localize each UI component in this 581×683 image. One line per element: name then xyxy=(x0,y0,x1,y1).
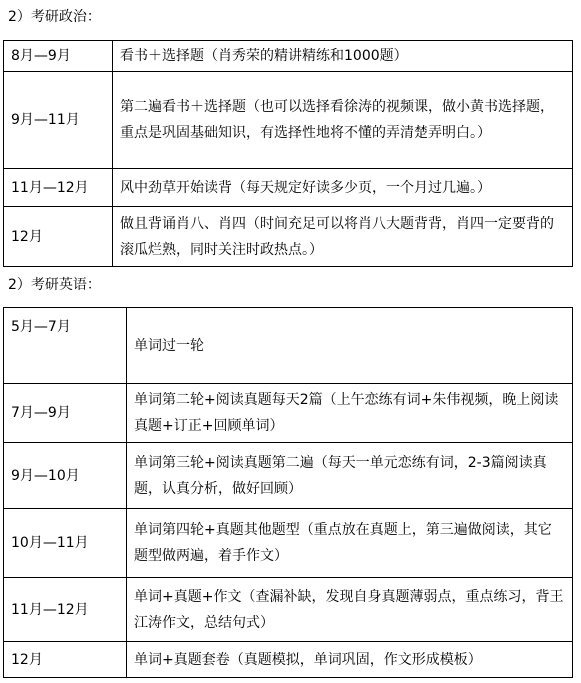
plan-cell: 单词+真题套卷（真题模拟，单词巩固，作文形成模板） xyxy=(127,642,573,678)
politics-schedule-table: 8月—9月 看书＋选择题（肖秀荣的精讲精练和1000题） 9月—11月 第二遍看… xyxy=(3,40,573,267)
plan-cell: 单词第三轮+阅读真题第二遍（每天一单元恋练有词，2-3篇阅读真题，认真分析，做好… xyxy=(127,443,573,509)
period-cell: 7月—9月 xyxy=(4,384,127,443)
plan-cell: 风中劲草开始读背（每天规定好读多少页，一个月过几遍。） xyxy=(113,169,573,207)
table-row: 12月 单词+真题套卷（真题模拟，单词巩固，作文形成模板） xyxy=(4,642,573,678)
table-row: 10月—11月 单词第四轮+真题其他题型（重点放在真题上，第三遍做阅读，其它题型… xyxy=(4,509,573,578)
politics-heading: 2）考研政治： xyxy=(8,8,101,26)
table-row: 7月—9月 单词第二轮+阅读真题每天2篇（上午恋练有词+朱伟视频，晚上阅读真题+… xyxy=(4,384,573,443)
table-row: 8月—9月 看书＋选择题（肖秀荣的精讲精练和1000题） xyxy=(4,41,573,72)
period-cell: 10月—11月 xyxy=(4,509,127,578)
period-cell: 9月—10月 xyxy=(4,443,127,509)
plan-cell: 单词+真题+作文（查漏补缺，发现自身真题薄弱点，重点练习，背王江涛作文，总结句式… xyxy=(127,578,573,642)
plan-cell: 单词第二轮+阅读真题每天2篇（上午恋练有词+朱伟视频，晚上阅读真题+订正+回顾单… xyxy=(127,384,573,443)
period-cell: 11月—12月 xyxy=(4,578,127,642)
period-cell: 8月—9月 xyxy=(4,41,113,72)
plan-cell: 第二遍看书＋选择题（也可以选择看徐涛的视频课，做小黄书选择题，重点是巩固基础知识… xyxy=(113,72,573,169)
period-cell: 12月 xyxy=(4,642,127,678)
table-row: 11月—12月 单词+真题+作文（查漏补缺，发现自身真题薄弱点，重点练习，背王江… xyxy=(4,578,573,642)
plan-cell: 单词过一轮 xyxy=(127,308,573,384)
table-row: 11月—12月 风中劲草开始读背（每天规定好读多少页，一个月过几遍。） xyxy=(4,169,573,207)
table-row: 5月—7月 单词过一轮 xyxy=(4,308,573,384)
period-cell: 11月—12月 xyxy=(4,169,113,207)
english-heading: 2）考研英语： xyxy=(8,276,101,294)
table-row: 12月 做且背诵肖八、肖四（时间充足可以将肖八大题背背，肖四一定要背的滚瓜烂熟，… xyxy=(4,207,573,267)
period-cell: 5月—7月 xyxy=(4,308,127,384)
english-schedule-table: 5月—7月 单词过一轮 7月—9月 单词第二轮+阅读真题每天2篇（上午恋练有词+… xyxy=(3,307,573,678)
plan-cell: 看书＋选择题（肖秀荣的精讲精练和1000题） xyxy=(113,41,573,72)
plan-cell: 单词第四轮+真题其他题型（重点放在真题上，第三遍做阅读，其它题型做两遍，着手作文… xyxy=(127,509,573,578)
table-row: 9月—11月 第二遍看书＋选择题（也可以选择看徐涛的视频课，做小黄书选择题，重点… xyxy=(4,72,573,169)
plan-cell: 做且背诵肖八、肖四（时间充足可以将肖八大题背背，肖四一定要背的滚瓜烂熟，同时关注… xyxy=(113,207,573,267)
table-row: 9月—10月 单词第三轮+阅读真题第二遍（每天一单元恋练有词，2-3篇阅读真题，… xyxy=(4,443,573,509)
period-cell: 12月 xyxy=(4,207,113,267)
period-cell: 9月—11月 xyxy=(4,72,113,169)
